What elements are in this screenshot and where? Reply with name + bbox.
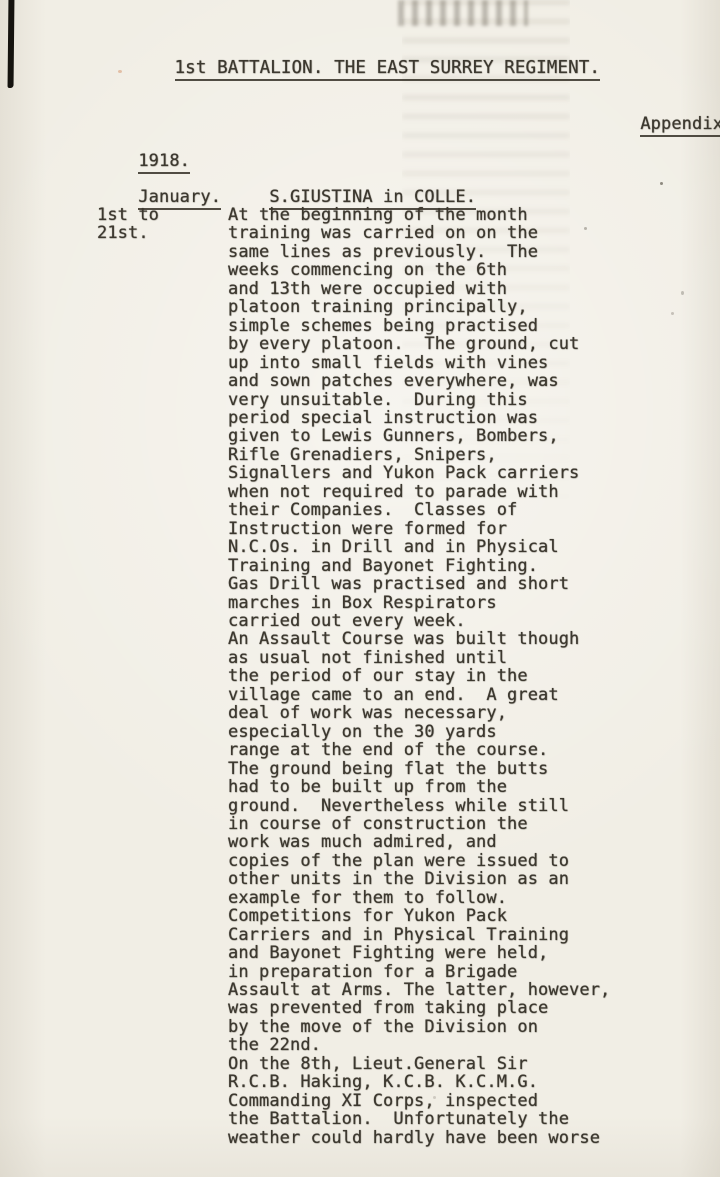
scan-edge-mark (8, 0, 15, 88)
document-page: 1st BATTALION. THE EAST SURREY REGIMENT.… (0, 0, 720, 1177)
date-range: 1st to 21st. (97, 206, 159, 243)
bleed-through-top-fragments (398, 0, 528, 26)
scan-speck (660, 182, 663, 185)
scan-speck (681, 291, 684, 295)
appendix-label-text: Appendix. (640, 115, 720, 136)
page-title: 1st BATTALION. THE EAST SURREY REGIMENT. (132, 41, 600, 99)
appendix-label: Appendix. (599, 97, 720, 155)
scan-speck (671, 312, 674, 315)
diary-body-text: At the beginning of the month training w… (228, 206, 610, 1147)
scan-speck (118, 70, 122, 73)
page-title-text: 1st BATTALION. THE EAST SURREY REGIMENT. (175, 59, 600, 80)
